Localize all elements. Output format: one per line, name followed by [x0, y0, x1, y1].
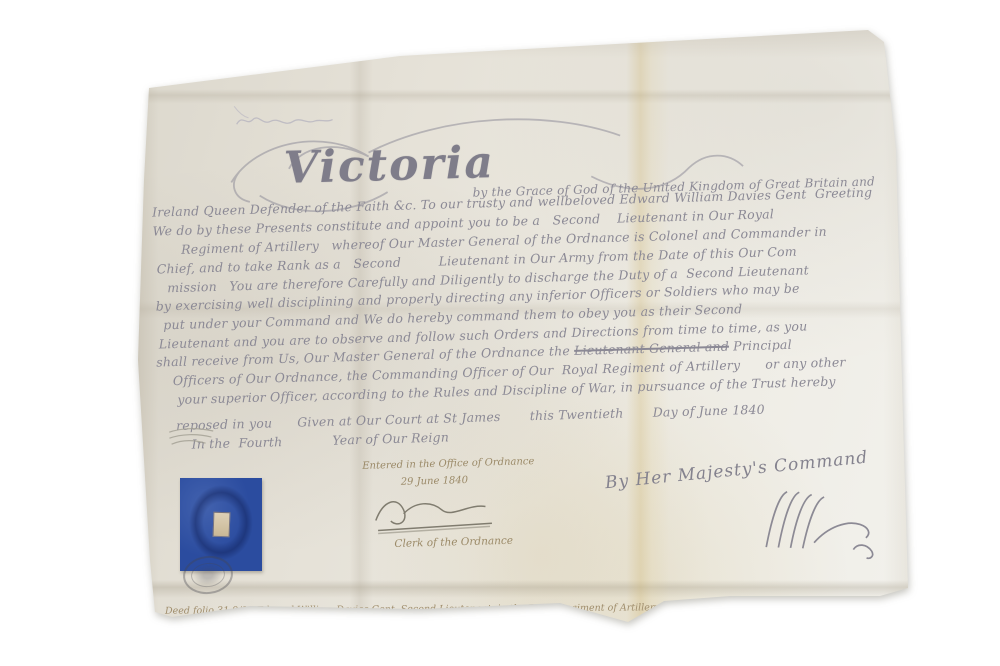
- document-heading-victoria: Victoria: [283, 137, 495, 194]
- document-shadow: Victoria by the Grace of God of the Unit…: [0, 0, 1000, 666]
- margin-ditto-marks: [167, 425, 220, 450]
- docket-annotation: Deed folio 31 9/9 Edward William Davies …: [165, 602, 660, 616]
- master-general-signature: [746, 470, 888, 586]
- entered-date-line: 29 June 1840: [401, 475, 469, 488]
- parchment-document: Victoria by the Grace of God of the Unit…: [135, 28, 915, 628]
- seal-paper-core: [213, 512, 231, 538]
- clerk-title: Clerk of the Ordnance: [394, 535, 513, 550]
- entered-office-line: Entered in the Office of Ordnance: [362, 456, 534, 472]
- clerk-signature: [369, 491, 500, 539]
- struck-text: Lieutenant General and: [574, 339, 729, 358]
- line-segment: Principal: [729, 337, 792, 354]
- blue-wafer-seal: [180, 478, 262, 571]
- photo-background: Victoria by the Grace of God of the Unit…: [0, 0, 1000, 666]
- document-line: reposed in you Given at Our Court at St …: [176, 402, 765, 433]
- document-line: In the Fourth Year of Our Reign: [191, 429, 449, 451]
